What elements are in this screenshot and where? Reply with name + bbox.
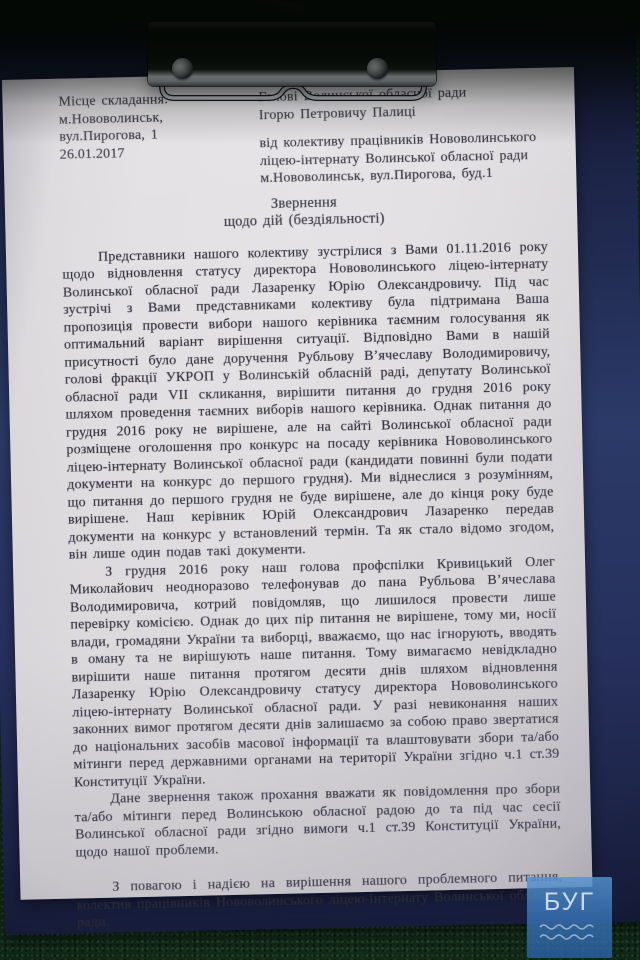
paragraph-4: З повагою і надією на вирішення нашого п…	[76, 868, 563, 932]
bug-watermark-text: БУГ	[544, 888, 595, 917]
clipboard-clip	[148, 22, 436, 86]
paragraph-2: З грудня 2016 року наш голова профспілки…	[69, 553, 560, 791]
document-title: Звернення щодо дій (бездіяльності)	[61, 189, 548, 235]
sender-block: від колективу працівників Нововолинськог…	[259, 129, 546, 188]
photo-scene: Місце складання: м.Нововолинськ, вул.Пир…	[0, 0, 640, 960]
bug-watermark: БУГ	[527, 877, 612, 958]
document-paper: Місце складання: м.Нововолинськ, вул.Пир…	[2, 67, 592, 900]
paragraph-1: Представники нашого колективу зустрілися…	[62, 238, 555, 564]
water-waves-icon	[539, 922, 601, 949]
clip-rivet-right-icon	[367, 58, 388, 79]
clip-rivet-left-icon	[172, 58, 193, 79]
paragraph-3: Дане звернення також прохання вважати як…	[74, 781, 561, 862]
compose-place-block: Місце складання: м.Нововолинськ, вул.Пир…	[58, 89, 260, 192]
document-content: Місце складання: м.Нововолинськ, вул.Пир…	[2, 67, 592, 900]
clip-hook-icon	[251, 0, 305, 19]
